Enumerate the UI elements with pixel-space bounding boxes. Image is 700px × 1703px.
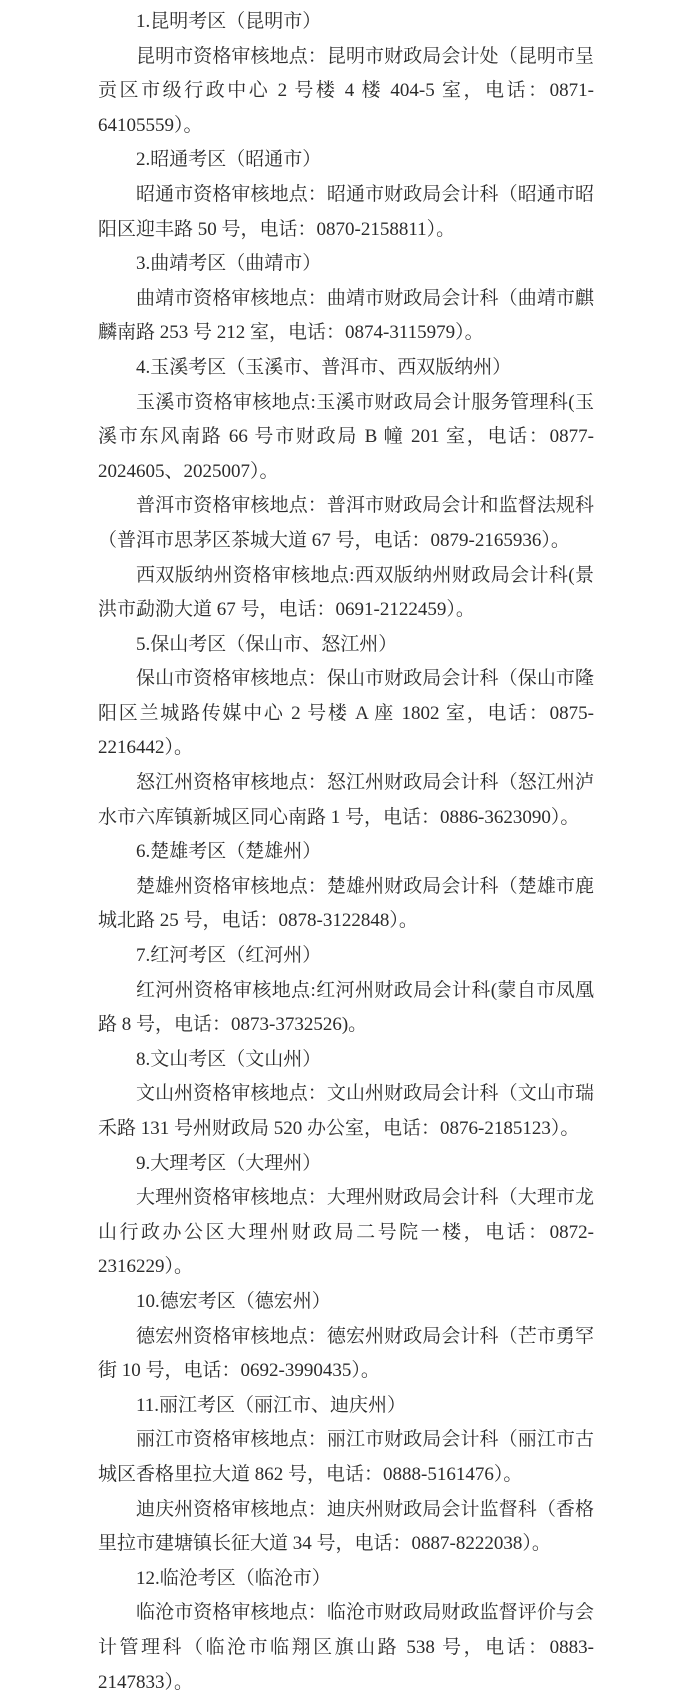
section-heading: 7.红河考区（红河州） — [98, 939, 594, 974]
section-paragraph: 怒江州资格审核地点：怒江州财政局会计科（怒江州泸水市六库镇新城区同心南路 1 号… — [98, 766, 594, 835]
section-paragraph: 楚雄州资格审核地点：楚雄州财政局会计科（楚雄市鹿城北路 25 号，电话：0878… — [98, 870, 594, 939]
section-heading: 5.保山考区（保山市、怒江州） — [98, 628, 594, 663]
document-body: 1.昆明考区（昆明市）昆明市资格审核地点：昆明市财政局会计处（昆明市呈贡区市级行… — [98, 5, 594, 1700]
section-paragraph: 文山州资格审核地点：文山州财政局会计科（文山市瑞禾路 131 号州财政局 520… — [98, 1077, 594, 1146]
section-paragraph: 迪庆州资格审核地点：迪庆州财政局会计监督科（香格里拉市建塘镇长征大道 34 号，… — [98, 1493, 594, 1562]
section-paragraph: 大理州资格审核地点：大理州财政局会计科（大理市龙山行政办公区大理州财政局二号院一… — [98, 1181, 594, 1285]
section-paragraph: 曲靖市资格审核地点：曲靖市财政局会计科（曲靖市麒麟南路 253 号 212 室，… — [98, 282, 594, 351]
section-heading: 12.临沧考区（临沧市） — [98, 1562, 594, 1597]
section-heading: 11.丽江考区（丽江市、迪庆州） — [98, 1389, 594, 1424]
section-paragraph: 丽江市资格审核地点：丽江市财政局会计科（丽江市古城区香格里拉大道 862 号，电… — [98, 1423, 594, 1492]
section-heading: 3.曲靖考区（曲靖市） — [98, 247, 594, 282]
section-heading: 2.昭通考区（昭通市） — [98, 143, 594, 178]
section-paragraph: 临沧市资格审核地点：临沧市财政局财政监督评价与会计管理科（临沧市临翔区旗山路 5… — [98, 1596, 594, 1700]
section-heading: 10.德宏考区（德宏州） — [98, 1285, 594, 1320]
section-paragraph: 昆明市资格审核地点：昆明市财政局会计处（昆明市呈贡区市级行政中心 2 号楼 4 … — [98, 40, 594, 144]
section-heading: 8.文山考区（文山州） — [98, 1043, 594, 1078]
section-paragraph: 西双版纳州资格审核地点:西双版纳州财政局会计科(景洪市勐泐大道 67 号，电话：… — [98, 559, 594, 628]
section-paragraph: 红河州资格审核地点:红河州财政局会计科(蒙自市凤凰路 8 号，电话：0873-3… — [98, 974, 594, 1043]
section-paragraph: 德宏州资格审核地点：德宏州财政局会计科（芒市勇罕街 10 号，电话：0692-3… — [98, 1320, 594, 1389]
section-heading: 6.楚雄考区（楚雄州） — [98, 835, 594, 870]
section-heading: 1.昆明考区（昆明市） — [98, 5, 594, 40]
section-heading: 9.大理考区（大理州） — [98, 1147, 594, 1182]
section-paragraph: 昭通市资格审核地点：昭通市财政局会计科（昭通市昭阳区迎丰路 50 号，电话：08… — [98, 178, 594, 247]
section-paragraph: 保山市资格审核地点：保山市财政局会计科（保山市隆阳区兰城路传媒中心 2 号楼 A… — [98, 662, 594, 766]
section-paragraph: 普洱市资格审核地点：普洱市财政局会计和监督法规科（普洱市思茅区茶城大道 67 号… — [98, 489, 594, 558]
document-page: 1.昆明考区（昆明市）昆明市资格审核地点：昆明市财政局会计处（昆明市呈贡区市级行… — [0, 0, 700, 1700]
section-paragraph: 玉溪市资格审核地点:玉溪市财政局会计服务管理科(玉溪市东风南路 66 号市财政局… — [98, 386, 594, 490]
section-heading: 4.玉溪考区（玉溪市、普洱市、西双版纳州） — [98, 351, 594, 386]
